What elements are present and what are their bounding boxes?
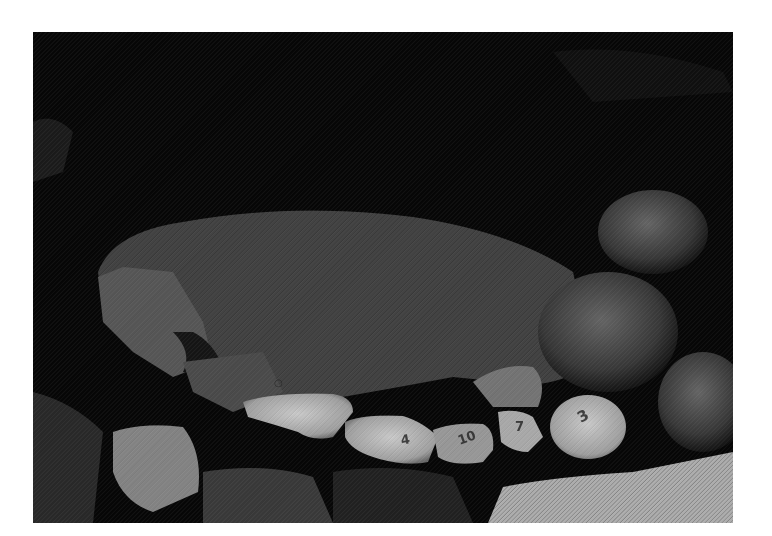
stone-mark-circle: ○	[274, 379, 283, 389]
stone-mark-7: 7	[515, 421, 524, 434]
photo-scene	[33, 32, 733, 523]
photograph: ○ 4 10 7 3	[33, 32, 733, 523]
